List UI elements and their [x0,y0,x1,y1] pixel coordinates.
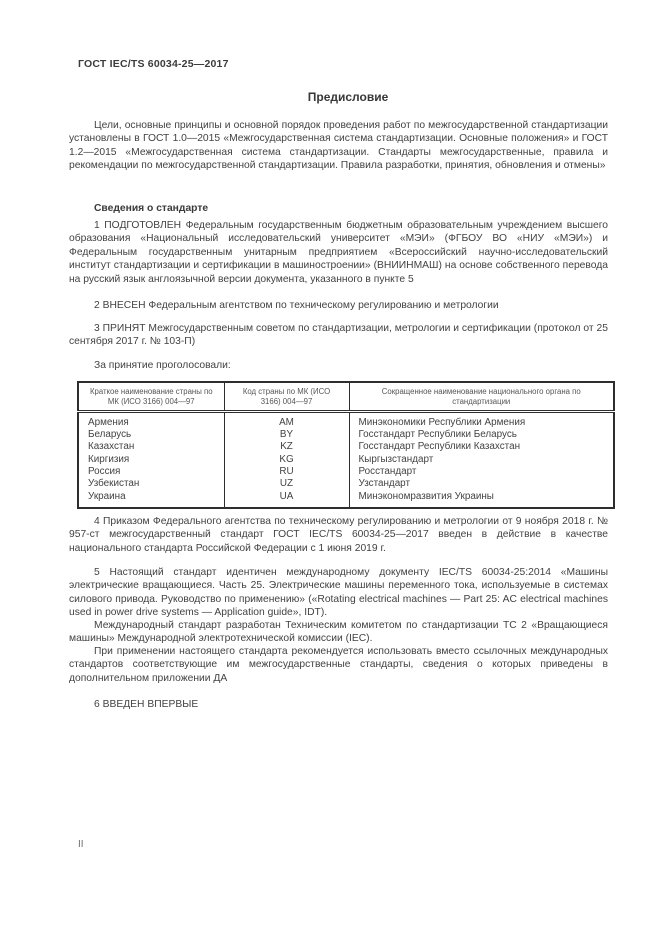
paragraph-clause-4-order: 4 Приказом Федерального агентства по тех… [69,515,608,555]
table-row: Украина UA Минэкономразвития Украины [78,491,614,508]
table-cell-code: UZ [224,478,349,490]
document-page: ГОСТ IEC/TS 60034-25—2017 Предисловие Це… [0,0,661,935]
table-cell-country: Армения [78,411,224,429]
table-cell-body: Минэкономики Республики Армения [349,411,614,429]
table-row: Армения AM Минэкономики Республики Армен… [78,411,614,429]
table-cell-code: KG [224,454,349,466]
table-cell-body: Госстандарт Республики Казахстан [349,441,614,453]
column-header-country-name: Краткое наименование страны по МК (ИСО 3… [78,382,224,411]
vote-table-header-row: Краткое наименование страны по МК (ИСО 3… [78,382,614,411]
table-cell-body: Кыргызстандарт [349,454,614,466]
column-header-country-code: Код страны по МК (ИСО 3166) 004—97 [224,382,349,411]
paragraph-clause-5-committee: Международный стандарт разработан Технич… [69,619,608,646]
table-cell-code: BY [224,429,349,441]
table-cell-body: Госстандарт Республики Беларусь [349,429,614,441]
table-cell-body: Минэкономразвития Украины [349,491,614,508]
table-cell-country: Узбекистан [78,478,224,490]
vote-lead-text: За принятие проголосовали: [69,359,608,372]
table-row: Казахстан KZ Госстандарт Республики Каза… [78,441,614,453]
table-cell-body: Узстандарт [349,478,614,490]
paragraph-clause-5-note: При применении настоящего стандарта реко… [69,645,608,685]
table-cell-code: AM [224,411,349,429]
table-cell-code: UA [224,491,349,508]
vote-table: Краткое наименование страны по МК (ИСО 3… [77,381,615,509]
paragraph-clause-5-identical: 5 Настоящий стандарт идентичен междунаро… [69,566,608,620]
table-cell-country: Украина [78,491,224,508]
table-cell-country: Киргизия [78,454,224,466]
standard-number-header: ГОСТ IEC/TS 60034-25—2017 [78,58,229,70]
page-title: Предисловие [78,90,618,104]
table-cell-country: Беларусь [78,429,224,441]
paragraph-clause-3-adopted: 3 ПРИНЯТ Межгосударственным советом по с… [69,322,608,349]
section-heading-standard-info: Сведения о стандарте [69,202,608,215]
column-header-national-body: Сокращенное наименование национального о… [349,382,614,411]
table-cell-code: RU [224,466,349,478]
table-cell-country: Казахстан [78,441,224,453]
table-cell-body: Росстандарт [349,466,614,478]
table-row: Киргизия KG Кыргызстандарт [78,454,614,466]
paragraph-clause-2-submitted: 2 ВНЕСЕН Федеральным агентством по техни… [69,299,608,312]
page-number: II [78,839,84,850]
table-row: Узбекистан UZ Узстандарт [78,478,614,490]
paragraph-clause-6-first-introduced: 6 ВВЕДЕН ВПЕРВЫЕ [69,698,608,711]
paragraph-clause-1-prepared: 1 ПОДГОТОВЛЕН Федеральным государственны… [69,219,608,286]
table-row: Беларусь BY Госстандарт Республики Белар… [78,429,614,441]
table-cell-code: KZ [224,441,349,453]
table-row: Россия RU Росстандарт [78,466,614,478]
table-cell-country: Россия [78,466,224,478]
paragraph-intro: Цели, основные принципы и основной поряд… [69,119,608,173]
